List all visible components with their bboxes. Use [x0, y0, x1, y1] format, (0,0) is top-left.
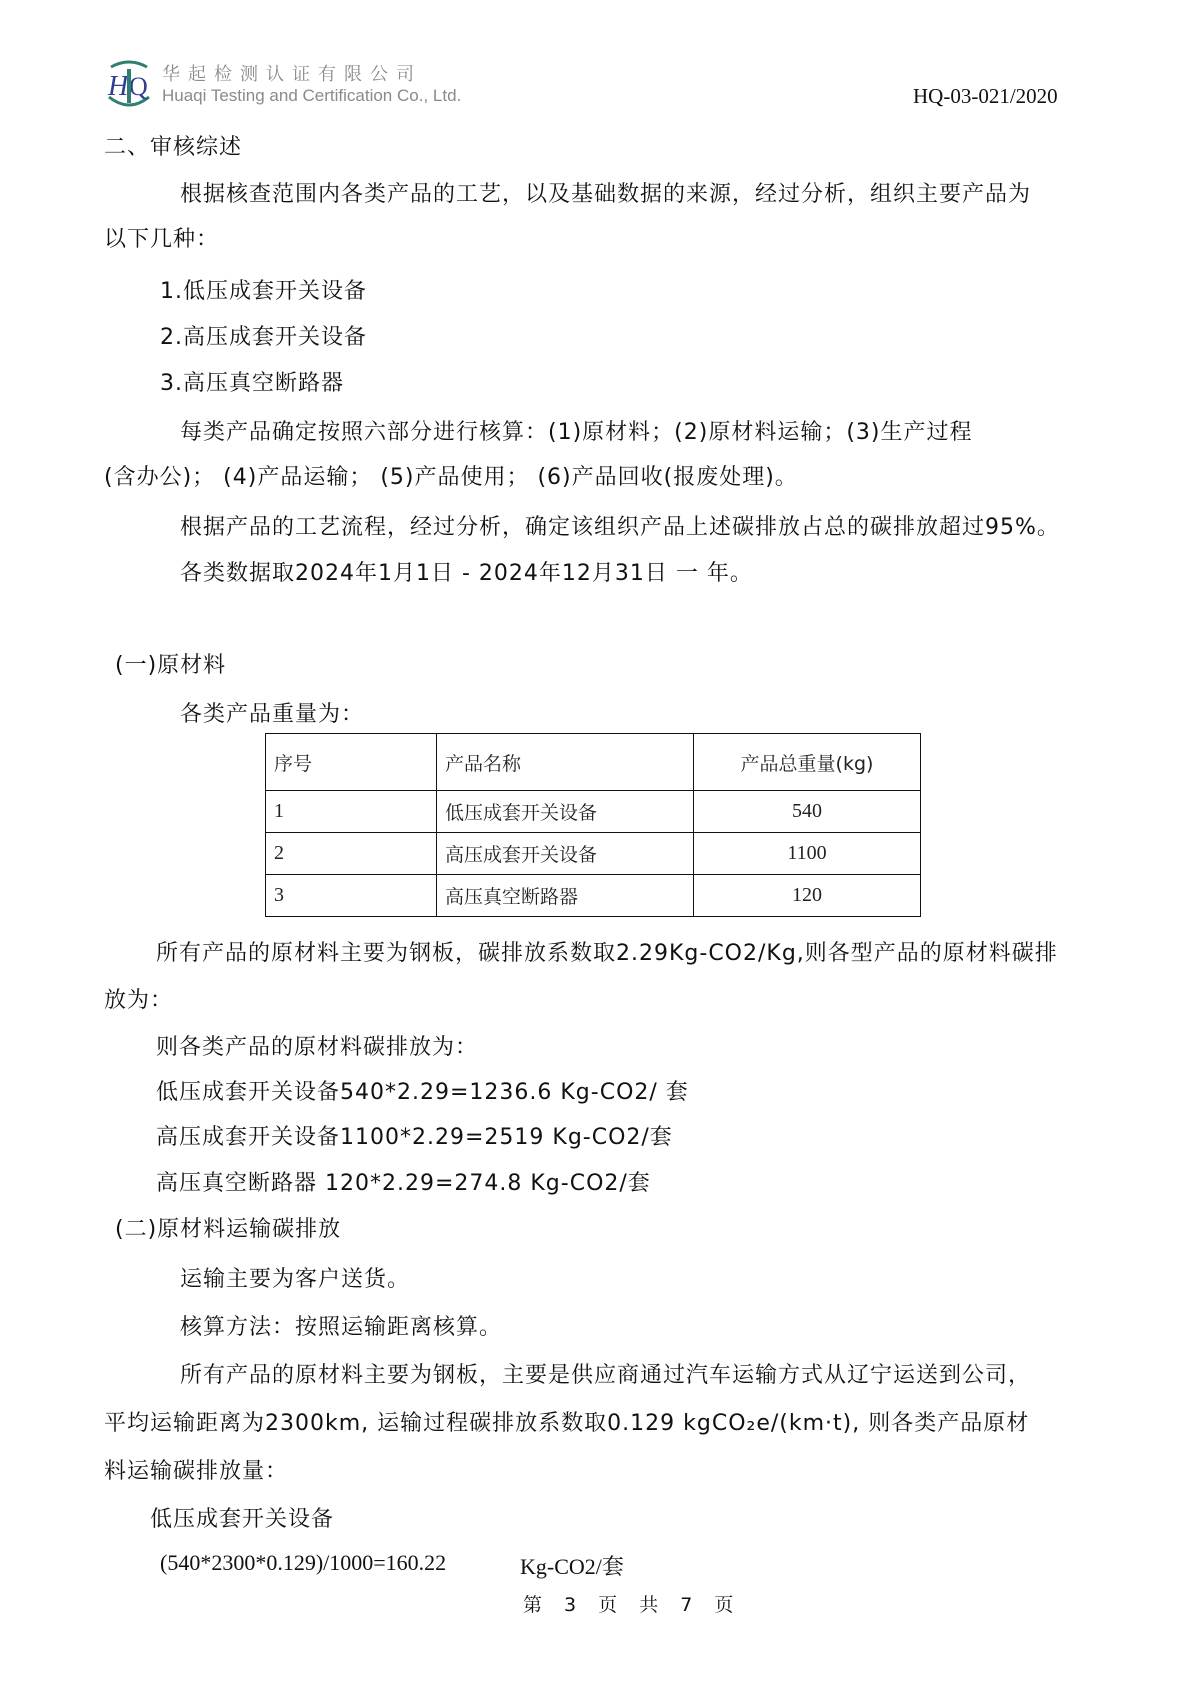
- cell-weight: 1100: [694, 833, 921, 875]
- company-logo: H Q: [105, 57, 153, 111]
- transport-item-name: 低压成套开关设备: [150, 1502, 334, 1533]
- factor-text-line1: 所有产品的原材料主要为钢板，碳排放系数取2.29Kg-CO2/Kg,则各型产品的…: [156, 936, 1058, 967]
- column-header-name: 产品名称: [437, 734, 694, 791]
- svg-text:Q: Q: [129, 72, 148, 101]
- cell-weight: 120: [694, 875, 921, 917]
- parts-text-line2: (含办公)； (4)产品运输； (5)产品使用； (6)产品回收(报废处理)。: [104, 460, 798, 491]
- transport-item-unit: Kg-CO2/套: [520, 1550, 624, 1581]
- table-row: 2 高压成套开关设备 1100: [266, 833, 921, 875]
- parts-text-line1: 每类产品确定按照六部分进行核算：(1)原材料；(2)原材料运输；(3)生产过程: [180, 415, 973, 446]
- cell-index: 1: [266, 791, 437, 833]
- company-name-en: Huaqi Testing and Certification Co., Ltd…: [162, 86, 461, 106]
- company-name-cn: 华起检测认证有限公司: [162, 60, 422, 86]
- page-number: 第 3 页 共 7 页: [523, 1590, 741, 1617]
- product-list-item: 3.高压真空断路器: [160, 366, 344, 397]
- transport-para-line2: 平均运输距离为2300km, 运输过程碳排放系数取0.129 kgCO₂e/(k…: [104, 1406, 1029, 1437]
- table-row: 1 低压成套开关设备 540: [266, 791, 921, 833]
- result-line: 高压成套开关设备1100*2.29=2519 Kg-CO2/套: [156, 1120, 673, 1151]
- period-text: 各类数据取2024年1月1日 - 2024年12月31日 一 年。: [180, 556, 753, 587]
- product-list-item: 2.高压成套开关设备: [160, 320, 367, 351]
- cell-name: 低压成套开关设备: [437, 791, 694, 833]
- intro-text-line2: 以下几种：: [104, 222, 219, 253]
- transport-para-line1: 所有产品的原材料主要为钢板，主要是供应商通过汽车运输方式从辽宁运送到公司，: [180, 1358, 1031, 1389]
- factor-text-line2: 放为：: [104, 983, 173, 1014]
- table-row: 3 高压真空断路器 120: [266, 875, 921, 917]
- cell-name: 高压成套开关设备: [437, 833, 694, 875]
- result-line: 低压成套开关设备540*2.29=1236.6 Kg-CO2/ 套: [156, 1075, 689, 1106]
- intro-text-line1: 根据核查范围内各类产品的工艺，以及基础数据的来源，经过分析，组织主要产品为: [180, 177, 1031, 208]
- document-number: HQ-03-021/2020: [913, 84, 1058, 109]
- transport-para-line3: 料运输碳排放量：: [104, 1454, 288, 1485]
- coverage-text: 根据产品的工艺流程，经过分析，确定该组织产品上述碳排放占总的碳排放超过95%。: [180, 510, 1060, 541]
- transport-text-line1: 运输主要为客户送货。: [180, 1262, 410, 1293]
- transport-heading: (二)原材料运输碳排放: [115, 1212, 341, 1243]
- svg-text:H: H: [107, 71, 130, 102]
- transport-item-formula: (540*2300*0.129)/1000=160.22: [160, 1550, 446, 1576]
- column-header-weight: 产品总重量(kg): [694, 734, 921, 791]
- transport-text-line2: 核算方法：按照运输距离核算。: [180, 1310, 502, 1341]
- raw-materials-heading: (一)原材料: [115, 648, 226, 679]
- column-header-index: 序号: [266, 734, 437, 791]
- cell-index: 2: [266, 833, 437, 875]
- table-header-row: 序号 产品名称 产品总重量(kg): [266, 734, 921, 791]
- result-intro: 则各类产品的原材料碳排放为：: [156, 1030, 478, 1061]
- weights-intro: 各类产品重量为：: [180, 697, 364, 728]
- cell-weight: 540: [694, 791, 921, 833]
- product-list-item: 1.低压成套开关设备: [160, 274, 367, 305]
- section-title: 二、审核综述: [104, 130, 242, 161]
- result-line: 高压真空断路器 120*2.29=274.8 Kg-CO2/套: [156, 1166, 651, 1197]
- product-weight-table: 序号 产品名称 产品总重量(kg) 1 低压成套开关设备 540 2 高压成套开…: [265, 733, 921, 917]
- cell-index: 3: [266, 875, 437, 917]
- cell-name: 高压真空断路器: [437, 875, 694, 917]
